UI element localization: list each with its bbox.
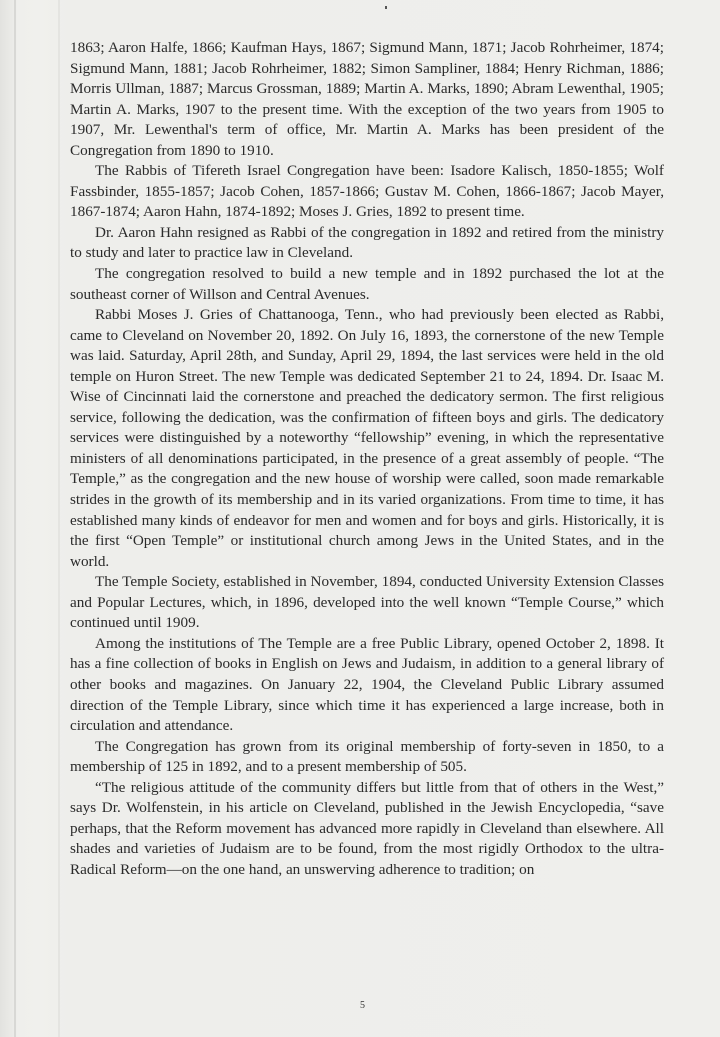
paragraph-new-temple-lot: The congregation resolved to build a new… — [70, 264, 664, 305]
paragraph-presidents-list: 1863; Aaron Halfe, 1866; Kaufman Hays, 1… — [70, 38, 664, 161]
page-fold-line — [58, 0, 60, 1037]
paragraph-gries-and-dedication: Rabbi Moses J. Gries of Chattanooga, Ten… — [70, 305, 664, 572]
paragraph-rabbis-list: The Rabbis of Tifereth Israel Congregati… — [70, 161, 664, 223]
body-text: 1863; Aaron Halfe, 1866; Kaufman Hays, 1… — [70, 38, 664, 880]
scan-speck — [385, 6, 387, 9]
paragraph-temple-society: The Temple Society, established in Novem… — [70, 572, 664, 634]
paragraph-membership-growth: The Congregation has grown from its orig… — [70, 737, 664, 778]
page-edge-shadow — [14, 0, 16, 1037]
page-number: 5 — [360, 1000, 365, 1011]
paragraph-hahn-resignation: Dr. Aaron Hahn resigned as Rabbi of the … — [70, 223, 664, 264]
paragraph-public-library: Among the institutions of The Temple are… — [70, 634, 664, 737]
scanned-page: 1863; Aaron Halfe, 1866; Kaufman Hays, 1… — [0, 0, 720, 1037]
paragraph-religious-attitude: “The religious attitude of the community… — [70, 778, 664, 881]
